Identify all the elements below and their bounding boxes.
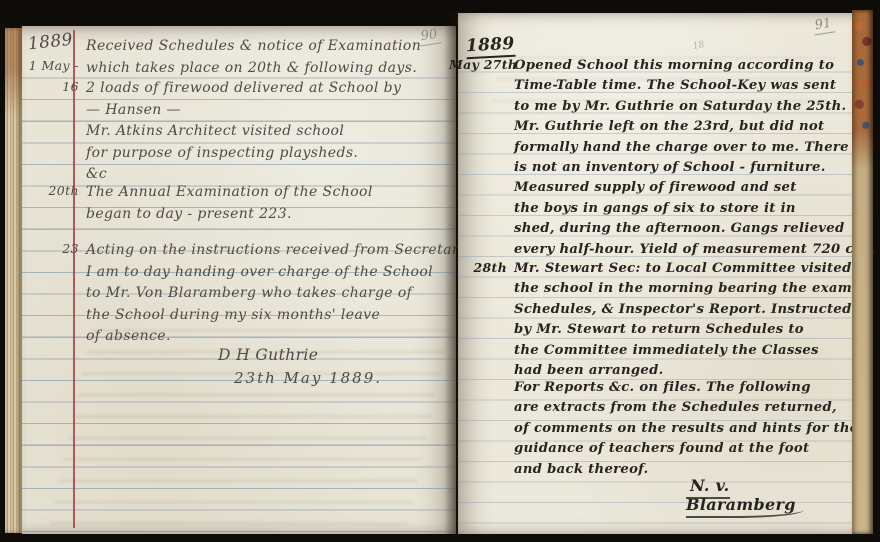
handwriting-line: which takes place on 20th & following da… <box>86 58 421 80</box>
handwriting-line: the boys in gangs of six to store it in <box>514 199 876 219</box>
entry-date-label: 1 May - <box>21 58 86 73</box>
signature-blaramberg: N. v. Blaramberg <box>686 476 852 514</box>
right-page: 91 18 1889 May 27thOpened School this mo… <box>458 13 852 534</box>
handwriting-line: Mr. Guthrie left on the 23rd, but did no… <box>514 117 876 137</box>
handwriting-line: to me by Mr. Guthrie on Saturday the 25t… <box>514 97 876 117</box>
handwriting-line: Time-Table time. The School-Key was sent <box>514 76 876 96</box>
entry-date-label: 20th <box>21 183 86 198</box>
handwriting-line: the school in the morning bearing the ex… <box>514 279 857 299</box>
log-entry: 23Acting on the instructions received fr… <box>86 240 467 348</box>
log-entry: 20thThe Annual Examination of the School… <box>86 182 373 225</box>
entry-date-label: 23 <box>21 241 86 256</box>
handwriting-line: Schedules, & Inspector's Report. Instruc… <box>514 300 857 320</box>
handwriting-line: are extracts from the Schedules returned… <box>514 398 859 418</box>
log-entry: For Reports &c. on files. The followinga… <box>514 378 859 480</box>
handwriting-line: the School during my six months' leave <box>86 305 467 327</box>
handwriting-line: of absence. <box>86 326 467 348</box>
page-number-left: 90 <box>418 26 441 46</box>
marbled-fore-edge <box>852 10 873 534</box>
handwriting-line: I am to day handing over charge of the S… <box>86 262 467 284</box>
handwriting-line: to Mr. Von Blaramberg who takes charge o… <box>86 283 467 305</box>
handwriting-line: — Hansen — <box>86 100 401 122</box>
year-heading-right: 1889 <box>466 34 515 57</box>
entry-date-label: 28th <box>449 260 514 275</box>
handwriting-line: shed, during the afternoon. Gangs reliev… <box>514 219 876 239</box>
handwriting-line: began to day - present 223. <box>86 204 373 226</box>
handwriting-line: Mr. Atkins Architect visited school <box>86 121 401 143</box>
log-entry: 1 May -Received Schedules & notice of Ex… <box>86 36 421 79</box>
handwriting-line: Mr. Stewart Sec: to Local Committee visi… <box>514 259 857 279</box>
handwriting-line: Measured supply of firewood and set <box>514 178 876 198</box>
handwriting-line: by Mr. Stewart to return Schedules to <box>514 320 857 340</box>
signature-date: 23th May 1889. <box>234 369 382 387</box>
log-entry: May 27thOpened School this morning accor… <box>514 56 876 260</box>
handwriting-line: Opened School this morning according to <box>514 56 876 76</box>
red-margin-rule <box>73 30 75 528</box>
faint-pencil-mark: 18 <box>692 40 705 52</box>
left-page: 90 1889 1 May -Received Schedules & noti… <box>22 26 456 534</box>
handwriting-line: Acting on the instructions received from… <box>86 240 467 262</box>
handwriting-line: Received Schedules & notice of Examinati… <box>86 36 421 58</box>
page-number-right: 91 <box>812 15 835 35</box>
entry-date-label: May 27th <box>449 57 514 72</box>
handwriting-line: every half-hour. Yield of measurement 72… <box>514 240 876 260</box>
handwriting-line: guidance of teachers found at the foot <box>514 439 859 459</box>
photographed-logbook-spread: { "colors": { "background": "#0e0c09", "… <box>0 0 880 542</box>
handwriting-line: for purpose of inspecting playsheds. <box>86 143 401 165</box>
signature-guthrie: D H Guthrie <box>218 346 318 364</box>
handwriting-line: The Annual Examination of the School <box>86 182 373 204</box>
handwriting-line: the Committee immediately the Classes <box>514 341 857 361</box>
year-heading-left: 1889 <box>27 30 74 55</box>
log-entry: 162 loads of firewood delivered at Schoo… <box>86 78 401 186</box>
entry-date-label: 16 <box>21 79 86 94</box>
handwriting-line: of comments on the results and hints for… <box>514 419 859 439</box>
handwriting-line: is not an inventory of School - furnitur… <box>514 158 876 178</box>
log-entry: 28thMr. Stewart Sec: to Local Committee … <box>514 259 857 381</box>
handwriting-line: For Reports &c. on files. The following <box>514 378 859 398</box>
handwriting-line: formally hand the charge over to me. The… <box>514 138 876 158</box>
signature-text: N. v. Blaramberg <box>686 476 804 518</box>
handwriting-line: 2 loads of firewood delivered at School … <box>86 78 401 100</box>
year-heading-text: 1889 <box>466 34 516 60</box>
left-page-edge-stack <box>5 28 22 533</box>
